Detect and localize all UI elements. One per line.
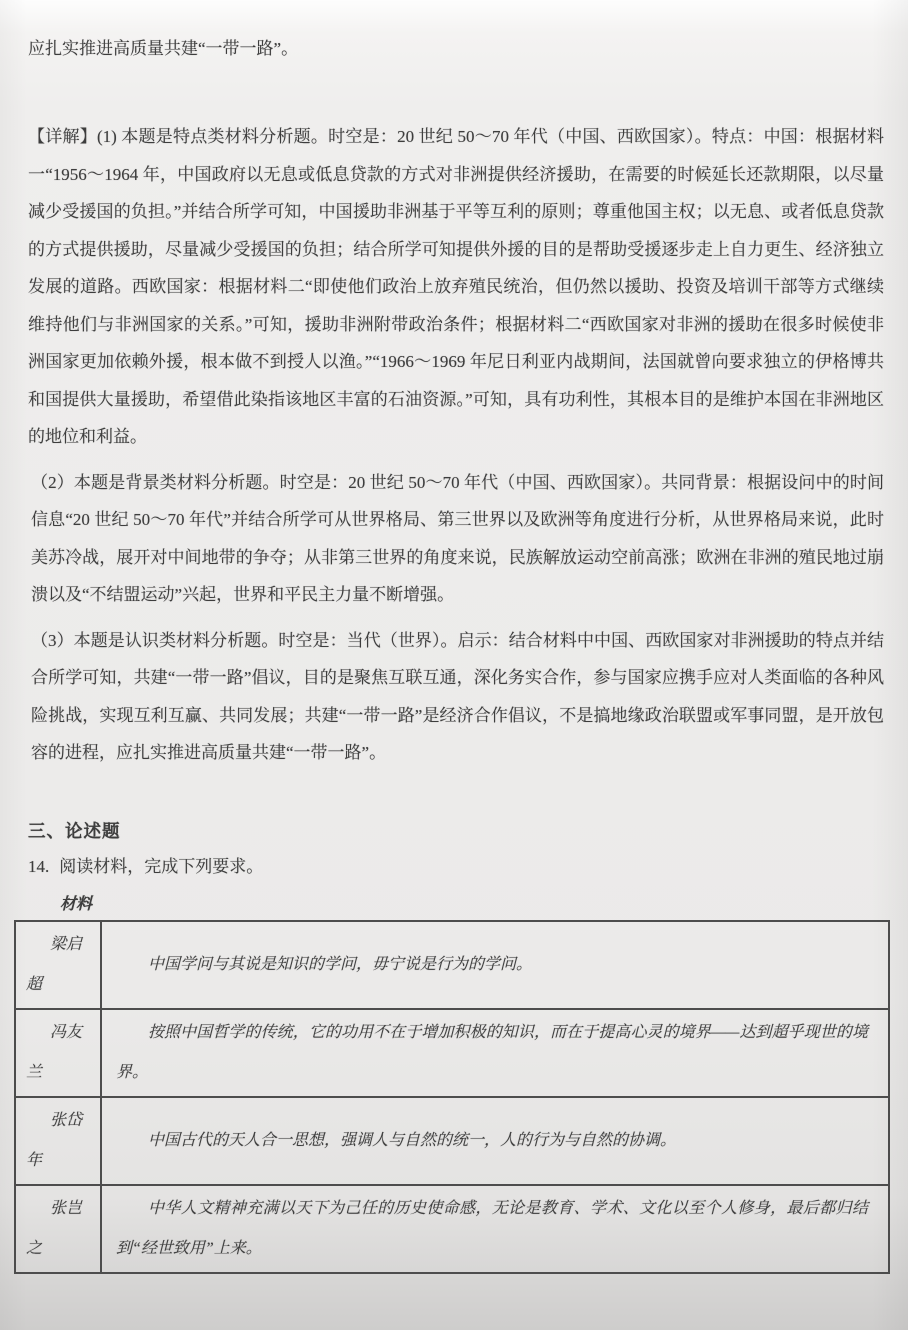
table-row: 梁启超 中国学问与其说是知识的学问，毋宁说是行为的学问。 [15,921,889,1009]
section-heading: 三、论述题 [28,818,884,843]
table-row: 张岂之 中华人文精神充满以天下为己任的历史使命感，无论是教育、学术、文化以至个人… [15,1185,889,1273]
explanation-paragraph-1: 【详解】(1) 本题是特点类材料分析题。时空是：20 世纪 50～70 年代（中… [28,118,884,456]
quote-cell: 中华人文精神充满以天下为己任的历史使命感，无论是教育、学术、文化以至个人修身，最… [101,1185,889,1273]
quote-cell: 中国古代的天人合一思想，强调人与自然的统一，人的行为与自然的协调。 [101,1097,889,1185]
answer-explanation-block: 【详解】(1) 本题是特点类材料分析题。时空是：20 世纪 50～70 年代（中… [28,118,884,772]
table-row: 冯友兰 按照中国哲学的传统，它的功用不在于增加积极的知识，而在于提高心灵的境界—… [15,1009,889,1097]
intro-paragraph: 应扎实推进高质量共建“一带一路”。 [28,36,884,62]
question-text: 阅读材料，完成下列要求。 [59,857,263,876]
authors-quotes-table: 梁启超 中国学问与其说是知识的学问，毋宁说是行为的学问。 冯友兰 按照中国哲学的… [14,920,890,1274]
author-cell: 梁启超 [15,921,101,1009]
scanned-document-page: 应扎实推进高质量共建“一带一路”。 【详解】(1) 本题是特点类材料分析题。时空… [0,0,908,1330]
author-cell: 张岱年 [15,1097,101,1185]
author-cell: 张岂之 [15,1185,101,1273]
question-item: 14.阅读材料，完成下列要求。 [28,852,884,877]
quote-cell: 中国学问与其说是知识的学问，毋宁说是行为的学问。 [101,921,889,1009]
explanation-paragraph-2: （2）本题是背景类材料分析题。时空是：20 世纪 50～70 年代（中国、西欧国… [28,464,884,614]
quote-cell: 按照中国哲学的传统，它的功用不在于增加积极的知识，而在于提高心灵的境界——达到超… [101,1009,889,1097]
author-cell: 冯友兰 [15,1009,101,1097]
question-number: 14. [28,857,49,876]
explanation-paragraph-3: （3）本题是认识类材料分析题。时空是：当代（世界）。启示：结合材料中中国、西欧国… [28,622,884,772]
material-label: 材料 [60,891,884,914]
table-row: 张岱年 中国古代的天人合一思想，强调人与自然的统一，人的行为与自然的协调。 [15,1097,889,1185]
document-content: 应扎实推进高质量共建“一带一路”。 【详解】(1) 本题是特点类材料分析题。时空… [0,0,908,1274]
